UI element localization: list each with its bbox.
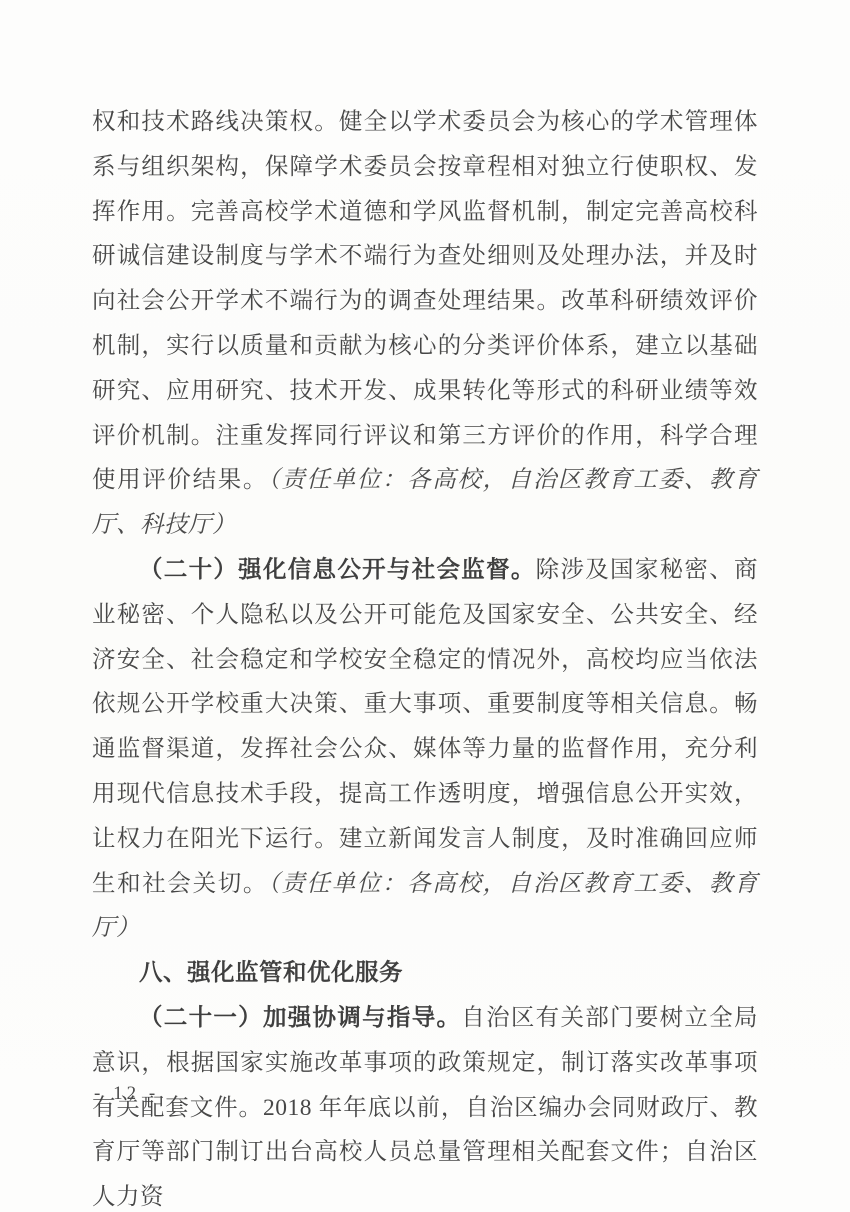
text-run: 除涉及国家秘密、商业秘密、个人隐私以及公开可能危及国家安全、公共安全、经济安全、…	[92, 557, 758, 897]
page-number: - 12 -	[94, 1083, 159, 1105]
text-run: 自治区有关部门要树立全局意识，根据国家实施改革事项的政策规定，制订落实改革事项有…	[92, 1005, 758, 1210]
paragraph-chapter-8-heading: 八、强化监管和优化服务	[92, 951, 758, 996]
chapter-heading: 八、强化监管和优化服务	[139, 960, 403, 986]
document-page: 权和技术路线决策权。健全以学术委员会为核心的学术管理体系与组织架构，保障学术委员…	[0, 0, 850, 1212]
paragraph-academic-governance: 权和技术路线决策权。健全以学术委员会为核心的学术管理体系与组织架构，保障学术委员…	[92, 100, 758, 548]
document-body: 权和技术路线决策权。健全以学术委员会为核心的学术管理体系与组织架构，保障学术委员…	[92, 0, 758, 1212]
paragraph-section-21: （二十一）加强协调与指导。自治区有关部门要树立全局意识，根据国家实施改革事项的政…	[92, 996, 758, 1212]
section-heading: （二十一）加强协调与指导。	[139, 1005, 461, 1031]
section-heading: （二十）强化信息公开与社会监督。	[139, 557, 536, 583]
paragraph-section-20: （二十）强化信息公开与社会监督。除涉及国家秘密、商业秘密、个人隐私以及公开可能危…	[92, 548, 758, 951]
text-run: 权和技术路线决策权。健全以学术委员会为核心的学术管理体系与组织架构，保障学术委员…	[92, 109, 758, 493]
